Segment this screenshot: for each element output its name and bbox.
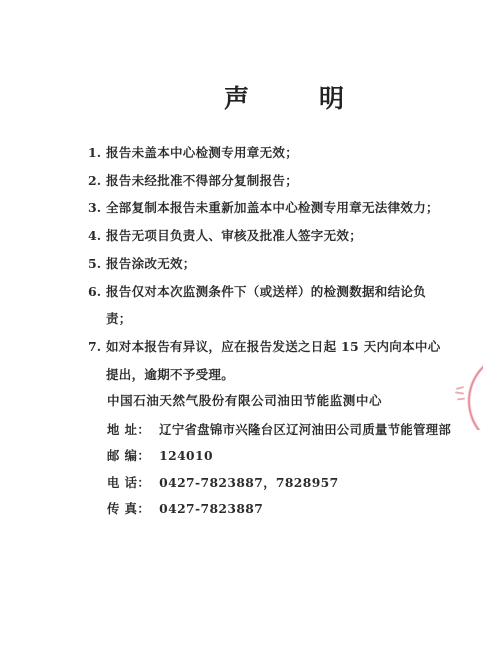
statement-number: 5. — [88, 250, 106, 278]
statement-number: 7. — [88, 333, 106, 388]
statement-item: 1. 报告未盖本中心检测专用章无效； — [88, 139, 448, 167]
statement-number: 6. — [88, 278, 106, 333]
statement-item: 7. 如对本报告有异议，应在报告发送之日起 15 天内向本中心提出，逾期不予受理… — [88, 333, 448, 388]
statement-list: 1. 报告未盖本中心检测专用章无效； 2. 报告未经批准不得部分复制报告； 3.… — [88, 139, 448, 388]
statement-item: 3. 全部复制本报告未重新加盖本中心检测专用章无法律效力； — [88, 194, 448, 222]
statement-item: 4. 报告无项目负责人、审核及批准人签字无效； — [88, 222, 448, 250]
statement-text: 如对本报告有异议，应在报告发送之日起 15 天内向本中心提出，逾期不予受理。 — [106, 333, 448, 388]
contact-value: 辽宁省盘锦市兴隆台区辽河油田公司质量节能管理部 — [159, 420, 451, 438]
statement-text: 报告仅对本次监测条件下（或送样）的检测数据和结论负责； — [106, 278, 448, 333]
statement-number: 1. — [88, 139, 106, 167]
statement-text: 报告无项目负责人、审核及批准人签字无效； — [106, 222, 448, 250]
statement-number: 4. — [88, 222, 106, 250]
stamp-ink-dash — [457, 398, 465, 401]
statement-page: 声 明 1. 报告未盖本中心检测专用章无效； 2. 报告未经批准不得部分复制报告… — [0, 0, 500, 669]
title-char-1: 声 — [224, 79, 249, 115]
contact-row-address: 地 址： 辽宁省盘锦市兴隆台区辽河油田公司质量节能管理部 — [107, 416, 451, 442]
stamp-arc — [468, 362, 483, 430]
contact-label: 电 话： — [107, 473, 150, 491]
statement-item: 5. 报告涂改无效； — [88, 250, 448, 278]
statement-text: 报告未盖本中心检测专用章无效； — [106, 139, 448, 167]
contact-value: 124010 — [159, 448, 213, 463]
statement-item: 6. 报告仅对本次监测条件下（或送样）的检测数据和结论负责； — [88, 278, 448, 333]
statement-text: 报告未经批准不得部分复制报告； — [106, 167, 448, 195]
contact-row-fax: 传 真： 0427-7823887 — [107, 495, 451, 521]
contact-value: 0427-7823887，7828957 — [159, 473, 338, 491]
stamp-ink-dash — [456, 386, 464, 390]
stamp-ink-dash — [455, 391, 464, 394]
statement-number: 3. — [88, 194, 106, 222]
title-char-2: 明 — [319, 79, 344, 115]
company-name: 中国石油天然气股份有限公司油田节能监测中心 — [107, 391, 382, 409]
statement-item: 2. 报告未经批准不得部分复制报告； — [88, 167, 448, 195]
statement-text: 全部复制本报告未重新加盖本中心检测专用章无法律效力； — [106, 194, 448, 222]
contact-row-phone: 电 话： 0427-7823887，7828957 — [107, 469, 451, 495]
contact-label: 地 址： — [107, 420, 150, 438]
contact-row-postcode: 邮 编： 124010 — [107, 442, 451, 468]
contact-block: 地 址： 辽宁省盘锦市兴隆台区辽河油田公司质量节能管理部 邮 编： 124010… — [107, 416, 451, 521]
statement-text: 报告涂改无效； — [106, 250, 448, 278]
page-title: 声 明 — [224, 79, 344, 115]
contact-value: 0427-7823887 — [159, 501, 263, 516]
contact-label: 传 真： — [107, 499, 150, 517]
statement-number: 2. — [88, 167, 106, 195]
red-stamp-partial — [450, 362, 483, 430]
contact-label: 邮 编： — [107, 446, 150, 464]
